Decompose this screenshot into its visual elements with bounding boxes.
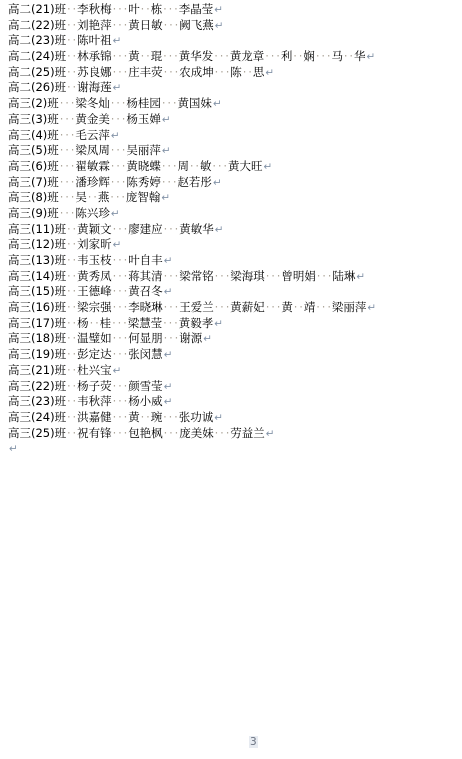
roster-line: 高二(24)班··林承锦···黄··琨···黄华发···黄龙章···利··娴··… [8,49,460,65]
roster-line: 高三(19)班··彭定达···张闵慧↵ [8,347,460,363]
roster-line: ↵ [8,441,460,457]
line-text: 何显朋 [128,331,163,345]
line-text: 高三(7)班 [8,175,59,189]
roster-line: 高三(22)班··杨子荧···颜雪莹↵ [8,379,460,395]
roster-line: 高二(22)班··刘艳萍···黄日敏···阙飞燕↵ [8,18,460,34]
paragraph-mark: ↵ [214,224,224,236]
line-text: 陈兴珍 [75,206,110,220]
line-text: 高二(21)班 [8,2,66,16]
paragraph-mark: ↵ [112,35,122,47]
paragraph-mark: ↵ [110,130,120,142]
line-text: 梁宗强 [77,300,112,314]
line-text: 高三(15)班 [8,284,66,298]
paragraph-mark: ↵ [163,381,173,393]
roster-line: 高三(4)班···毛云萍↵ [8,128,460,144]
page-footer: 3 [0,736,462,750]
line-text: 高二(23)班 [8,33,66,47]
line-text: 毛云萍 [75,128,110,142]
line-text: 蒋其清 [128,269,163,283]
line-text: 周 [177,159,189,173]
line-text: 杜兴宝 [77,363,112,377]
roster-line: 高三(14)班··黄秀凤···蒋其清···梁常铭···梁海琪···曾明娟···陆… [8,269,460,285]
line-text: 叶自丰 [128,253,163,267]
line-text: 高三(24)班 [8,410,66,424]
paragraph-mark: ↵ [366,302,376,314]
paragraph-mark: ↵ [365,51,375,63]
paragraph-mark: ↵ [212,177,222,189]
roster-line: 高三(12)班··刘家昕↵ [8,237,460,253]
line-text: 黄 [281,300,293,314]
line-text: 黄金美 [75,112,110,126]
line-text: 高三(16)班 [8,300,66,314]
roster-line: 高三(23)班··韦秋萍···杨小威↵ [8,394,460,410]
roster-line: 高二(23)班··陈叶祖↵ [8,33,460,49]
line-text: 高三(22)班 [8,379,66,393]
paragraph-mark: ↵ [213,4,223,16]
line-text: 黄召冬 [128,284,163,298]
line-text: 曾明娟 [281,269,316,283]
roster-line: 高三(3)班···黄金美···杨玉婵↵ [8,112,460,128]
roster-line: 高二(21)班··李秋梅···叶··栋···李晶莹↵ [8,2,460,18]
roster-line: 高三(13)班··韦玉枝···叶自丰↵ [8,253,460,269]
line-text: 黄毅孝 [179,316,214,330]
roster-line: 高三(17)班··杨··桂···梁慧莹···黄毅孝↵ [8,316,460,332]
line-text: 高三(4)班 [8,128,59,142]
line-text: 叶 [128,2,140,16]
line-text: 梁丽萍 [332,300,367,314]
line-text: 黄敏华 [179,222,214,236]
roster-line: 高三(11)班··黄颖文···廖建应···黄敏华↵ [8,222,460,238]
line-text: 阙飞燕 [179,18,214,32]
page-number: 3 [249,736,258,748]
line-text: 高三(12)班 [8,237,66,251]
line-text: 高三(6)班 [8,159,59,173]
paragraph-mark: ↵ [110,208,120,220]
paragraph-mark: ↵ [214,20,224,32]
roster-line: 高三(2)班···梁冬灿···杨桂园···黄国妹↵ [8,96,460,112]
line-text: 庞美妹 [179,426,214,440]
document-page: 高二(21)班··李秋梅···叶··栋···李晶莹↵高二(22)班··刘艳萍··… [0,0,462,759]
line-text: 黄华发 [179,49,214,63]
roster-line: 高三(15)班··王德峰···黄召冬↵ [8,284,460,300]
line-text: 高三(13)班 [8,253,66,267]
roster-line: 高三(6)班···翟敏霖···黄晓蝶···周··敏···黄大旺↵ [8,159,460,175]
line-text: 高三(11)班 [8,222,66,236]
line-text: 农成坤 [179,65,214,79]
paragraph-mark: ↵ [213,318,223,330]
line-text: 翟敏霖 [75,159,110,173]
paragraph-mark: ↵ [163,255,173,267]
line-text: 谢海莲 [77,80,112,94]
line-text: 温璧如 [77,331,112,345]
line-text: 刘家昕 [77,237,112,251]
line-text: 高二(22)班 [8,18,66,32]
line-text: 苏良娜 [77,65,112,79]
paragraph-mark: ↵ [163,396,173,408]
roster-line: 高三(16)班··梁宗强···李晓琳···王爱兰···黄薪妃···黄··靖···… [8,300,460,316]
line-text: 思 [253,65,265,79]
line-text: 马 [331,49,343,63]
line-text: 黄 [128,49,140,63]
line-text: 燕 [98,190,110,204]
line-text: 庞智翰 [126,190,161,204]
paragraph-mark: ↵ [265,428,275,440]
roster-line: 高三(9)班···陈兴珍↵ [8,206,460,222]
line-text: 娴 [303,49,315,63]
roster-line: 高二(26)班··谢海莲↵ [8,80,460,96]
paragraph-mark: ↵ [163,286,173,298]
line-text: 黄秀凤 [77,269,112,283]
line-text: 陈 [230,65,242,79]
roster-line: 高三(24)班··洪嘉健···黄··琬···张功诚↵ [8,410,460,426]
line-text: 杨小威 [128,394,163,408]
paragraph-mark: ↵ [112,239,122,251]
line-text: 韦秋萍 [77,394,112,408]
line-text: 梁海琪 [230,269,265,283]
line-text: 李晓琳 [128,300,163,314]
line-text: 杨子荧 [77,379,112,393]
roster-line: 高二(25)班··苏良娜···庄丰荧···农成坤···陈··思↵ [8,65,460,81]
line-text: 包艳枫 [128,426,163,440]
paragraph-mark: ↵ [160,192,170,204]
line-text: 桂 [100,316,112,330]
line-text: 华 [354,49,366,63]
line-text: 高二(25)班 [8,65,66,79]
line-text: 杨桂园 [126,96,161,110]
paragraph-mark: ↵ [163,349,173,361]
line-text: 黄晓蝶 [126,159,161,173]
paragraph-mark: ↵ [202,333,212,345]
line-text: 刘艳萍 [77,18,112,32]
line-text: 高三(9)班 [8,206,59,220]
line-text: 吴 [75,190,87,204]
paragraph-mark: ↵ [213,412,223,424]
line-text: 劳益兰 [230,426,265,440]
line-text: 李晶莹 [179,2,214,16]
line-text: 祝有锋 [77,426,112,440]
line-text: 黄龙章 [230,49,265,63]
roster-line: 高三(25)班··祝有锋···包艳枫···庞美妹···劳益兰↵ [8,426,460,442]
line-text: 颜雪莹 [128,379,163,393]
line-text: 潘珍辉 [75,175,110,189]
roster-line: 高三(18)班··温璧如···何显朋···谢源↵ [8,331,460,347]
line-text: 吴丽萍 [126,143,161,157]
line-text: 高三(5)班 [8,143,59,157]
paragraph-mark: ↵ [355,271,365,283]
line-text: 高三(2)班 [8,96,59,110]
line-text: 梁常铭 [179,269,214,283]
roster-line: 高三(7)班···潘珍辉···陈秀婷···赵若彤↵ [8,175,460,191]
line-text: 高三(18)班 [8,331,66,345]
roster-line: 高三(8)班···吴··燕···庞智翰↵ [8,190,460,206]
line-text: 陈叶祖 [77,33,112,47]
line-text: 彭定达 [77,347,112,361]
line-text: 琬 [151,410,163,424]
line-text: 黄大旺 [228,159,263,173]
line-text: 黄 [128,410,140,424]
roster-lines: 高二(21)班··李秋梅···叶··栋···李晶莹↵高二(22)班··刘艳萍··… [8,2,460,457]
line-text: 陆琳 [332,269,355,283]
line-text: 林承锦 [77,49,112,63]
line-text: 陈秀婷 [126,175,161,189]
line-text: 洪嘉健 [77,410,112,424]
line-text: 高三(14)班 [8,269,66,283]
line-text: 高三(17)班 [8,316,66,330]
line-text: 敏 [200,159,212,173]
line-text: 利 [281,49,293,63]
line-text: 庄丰荧 [128,65,163,79]
line-text: 靖 [304,300,316,314]
line-text: 高三(25)班 [8,426,66,440]
line-text: 梁慧莹 [128,316,163,330]
paragraph-mark: ↵ [161,114,171,126]
line-text: 高二(24)班 [8,49,66,63]
line-text: 高二(26)班 [8,80,66,94]
line-text: 李秋梅 [77,2,112,16]
line-text: 王德峰 [77,284,112,298]
line-text: 高三(8)班 [8,190,59,204]
paragraph-mark: ↵ [161,145,171,157]
paragraph-mark: ↵ [112,82,122,94]
roster-line: 高三(21)班··杜兴宝↵ [8,363,460,379]
line-text: 张闵慧 [128,347,163,361]
line-text: 高三(21)班 [8,363,66,377]
paragraph-mark: ↵ [112,365,122,377]
line-text: 琨 [151,49,163,63]
paragraph-mark: ↵ [8,443,18,455]
line-text: 杨 [77,316,89,330]
line-text: 黄薪妃 [230,300,265,314]
line-text: 赵若彤 [177,175,212,189]
line-text: 王爱兰 [179,300,214,314]
paragraph-mark: ↵ [212,98,222,110]
line-text: 黄日敏 [128,18,163,32]
line-text: 高三(19)班 [8,347,66,361]
line-text: 谢源 [179,331,202,345]
paragraph-mark: ↵ [263,161,273,173]
line-text: 黄颖文 [77,222,112,236]
line-text: 高三(3)班 [8,112,59,126]
line-text: 廖建应 [128,222,163,236]
line-text: 张功诚 [179,410,214,424]
roster-line: 高三(5)班···梁凤周···吴丽萍↵ [8,143,460,159]
line-text: 黄国妹 [177,96,212,110]
line-text: 高三(23)班 [8,394,66,408]
line-text: 梁凤周 [75,143,110,157]
line-text: 栋 [151,2,163,16]
line-text: 杨玉婵 [126,112,161,126]
line-text: 梁冬灿 [75,96,110,110]
paragraph-mark: ↵ [264,67,274,79]
line-text: 韦玉枝 [77,253,112,267]
